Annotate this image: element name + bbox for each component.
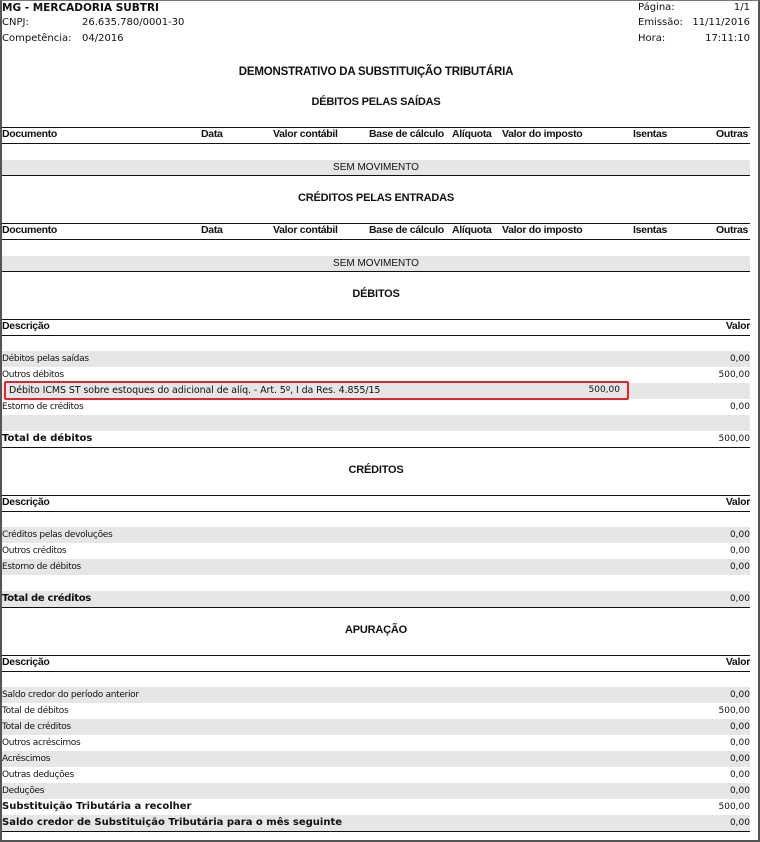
section-title-creditos: CRÉDITOS: [0, 464, 752, 476]
apuracao-row: Total de débitos 500,00: [2, 703, 750, 719]
row-value: 0,00: [730, 527, 750, 543]
col-valor: Valor: [726, 320, 750, 332]
row-value: 0,00: [730, 783, 750, 799]
empty-message-debitos-saidas: SEM MOVIMENTO: [2, 160, 750, 175]
row-description: Total de créditos: [2, 591, 91, 607]
col-outras: Outras: [716, 128, 748, 140]
creditos-row: Outros créditos 0,00: [2, 543, 750, 559]
col-base-calculo: Base de cálculo: [369, 224, 444, 236]
row-value: 0,00: [730, 399, 750, 415]
empty-message-creditos-entradas: SEM MOVIMENTO: [2, 256, 750, 271]
col-data: Data: [201, 224, 223, 236]
divider: [2, 175, 750, 176]
row-description: Saldo credor de Substituição Tributária …: [2, 815, 342, 831]
section-title-debitos: DÉBITOS: [0, 288, 752, 300]
row-value: 0,00: [730, 687, 750, 703]
row-description: Estorno de créditos: [2, 399, 83, 415]
row-description: Acréscimos: [2, 751, 50, 767]
divider: [2, 495, 750, 496]
row-description: Outros acréscimos: [2, 735, 80, 751]
apuracao-row: Outras deduções 0,00: [2, 767, 750, 783]
debitos-row: Estorno de créditos 0,00: [2, 399, 750, 415]
col-isentas: Isentas: [633, 224, 667, 236]
col-descricao: Descrição: [2, 496, 50, 508]
cnpj-value: 26.635.780/0001-30: [82, 17, 184, 28]
highlighted-row-value: 500,00: [589, 383, 621, 398]
competencia-label: Competência:: [2, 33, 72, 44]
row-value: 0,00: [730, 591, 750, 607]
divider: [2, 607, 750, 608]
section-title-creditos-entradas: CRÉDITOS PELAS ENTRADAS: [0, 192, 752, 204]
row-value: 0,00: [730, 735, 750, 751]
row-description: Débitos pelas saídas: [2, 351, 89, 367]
row-value: 0,00: [730, 719, 750, 735]
col-aliquota: Alíquota: [452, 128, 492, 140]
divider: [2, 239, 750, 240]
col-data: Data: [201, 128, 223, 140]
divider: [2, 447, 750, 448]
col-valor: Valor: [726, 656, 750, 668]
cnpj-label: CNPJ:: [2, 17, 29, 28]
report-title: DEMONSTRATIVO DA SUBSTITUIÇÃO TRIBUTÁRIA: [0, 66, 752, 78]
col-documento: Documento: [2, 224, 57, 236]
row-description: Total de créditos: [2, 719, 71, 735]
col-isentas: Isentas: [633, 128, 667, 140]
col-base-calculo: Base de cálculo: [369, 128, 444, 140]
row-value: 500,00: [719, 431, 751, 447]
row-description: Deduções: [2, 783, 44, 799]
divider: [2, 319, 750, 320]
row-value: 0,00: [730, 751, 750, 767]
row-description: Saldo credor do período anterior: [2, 687, 139, 703]
col-descricao: Descrição: [2, 656, 50, 668]
row-value: 0,00: [730, 559, 750, 575]
row-value: 0,00: [730, 543, 750, 559]
divider: [2, 655, 750, 656]
spacer-row: [2, 415, 750, 431]
highlighted-row-description: Débito ICMS ST sobre estoques do adicion…: [9, 383, 380, 398]
creditos-row: Créditos pelas devoluções 0,00: [2, 527, 750, 543]
row-description: Outras deduções: [2, 767, 74, 783]
row-value: 500,00: [719, 799, 751, 815]
total-debitos-row: Total de débitos 500,00: [2, 431, 750, 447]
divider: [2, 831, 750, 832]
row-value: 0,00: [730, 815, 750, 831]
section-title-debitos-saidas: DÉBITOS PELAS SAÍDAS: [0, 96, 752, 108]
creditos-row: Estorno de débitos 0,00: [2, 559, 750, 575]
st-a-recolher-row: Substituição Tributária a recolher 500,0…: [2, 799, 750, 815]
row-description: Estorno de débitos: [2, 559, 81, 575]
col-valor-imposto: Valor do imposto: [502, 128, 582, 140]
row-description: Total de débitos: [2, 703, 68, 719]
col-descricao: Descrição: [2, 320, 50, 332]
row-description: Substituição Tributária a recolher: [2, 799, 191, 815]
competencia-value: 04/2016: [82, 33, 124, 44]
row-value: 500,00: [719, 703, 751, 719]
col-outras: Outras: [716, 224, 748, 236]
emissao-label: Emissão:: [638, 17, 683, 28]
divider: [2, 671, 750, 672]
row-value: 500,00: [719, 367, 751, 383]
company-name: MG - MERCADORIA SUBTRI: [2, 2, 159, 14]
divider: [2, 511, 750, 512]
pagina-value: 1/1: [734, 2, 750, 13]
hora-label: Hora:: [638, 33, 665, 44]
apuracao-row: Saldo credor do período anterior 0,00: [2, 687, 750, 703]
apuracao-row: Deduções 0,00: [2, 783, 750, 799]
col-valor-contabil: Valor contábil: [273, 128, 338, 140]
col-documento: Documento: [2, 128, 57, 140]
saldo-credor-seguinte-row: Saldo credor de Substituição Tributária …: [2, 815, 750, 831]
pagina-label: Página:: [638, 2, 675, 13]
section-title-apuracao: APURAÇÃO: [0, 624, 752, 636]
divider: [2, 271, 750, 272]
total-creditos-row: Total de créditos 0,00: [2, 591, 750, 607]
apuracao-row: Total de créditos 0,00: [2, 719, 750, 735]
apuracao-row: Outros acréscimos 0,00: [2, 735, 750, 751]
col-aliquota: Alíquota: [452, 224, 492, 236]
apuracao-row: Acréscimos 0,00: [2, 751, 750, 767]
debitos-row: Débitos pelas saídas 0,00: [2, 351, 750, 367]
divider: [2, 143, 750, 144]
divider: [2, 335, 750, 336]
row-value: 0,00: [730, 767, 750, 783]
col-valor-imposto: Valor do imposto: [502, 224, 582, 236]
emissao-value: 11/11/2016: [692, 17, 750, 28]
row-value: 0,00: [730, 351, 750, 367]
row-description: Créditos pelas devoluções: [2, 527, 112, 543]
row-description: Total de débitos: [2, 431, 92, 447]
hora-value: 17:11:10: [705, 33, 750, 44]
col-valor-contabil: Valor contábil: [273, 224, 338, 236]
col-valor: Valor: [726, 496, 750, 508]
row-description: Outros créditos: [2, 543, 66, 559]
